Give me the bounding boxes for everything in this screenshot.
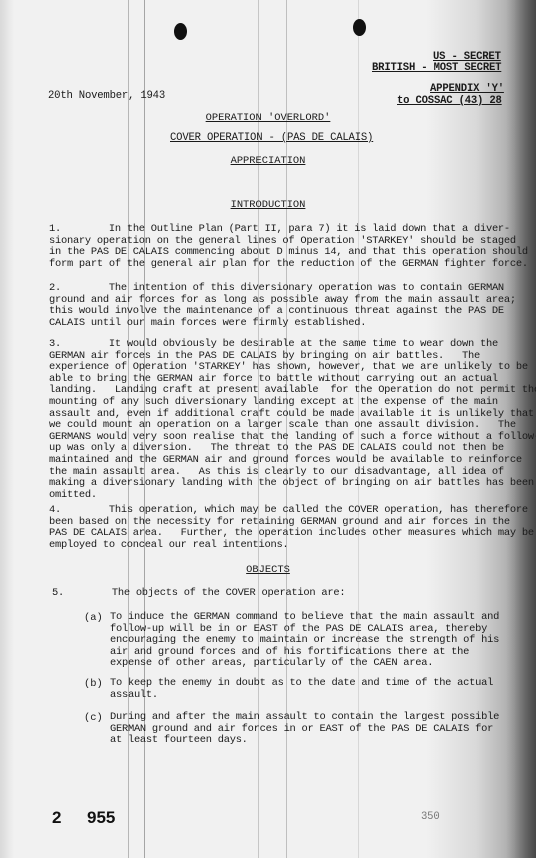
section-introduction: INTRODUCTION <box>0 199 536 211</box>
document-date: 20th November, 1943 <box>48 91 165 103</box>
paragraph-line: maintained and the GERMAN air and ground… <box>49 455 519 467</box>
paragraph-2: 2. The intention of this diversionary op… <box>49 283 519 329</box>
object-b-label: (b) <box>84 678 103 690</box>
object-line: at least fourteen days. <box>110 735 499 747</box>
object-a: To induce the GERMAN command to believe … <box>110 612 499 670</box>
paragraph-line: we could mount an operation on a larger … <box>49 420 519 432</box>
section-objects: OBJECTS <box>0 564 536 576</box>
paragraph-line: making a diversionary landing with the o… <box>49 478 519 490</box>
paragraph-line: 4. This operation, which may be called t… <box>49 505 519 517</box>
punch-hole <box>353 19 366 36</box>
paragraph-line: employed to conceal our real intentions. <box>49 540 519 552</box>
object-line: During and after the main assault to con… <box>110 712 499 724</box>
appreciation-heading: APPRECIATION <box>0 155 536 167</box>
classification-british: BRITISH - MOST SECRET <box>372 63 501 75</box>
paragraph-1: 1. In the Outline Plan (Part II, para 7)… <box>49 224 519 270</box>
paragraph-5: 5. The objects of the COVER operation ar… <box>52 588 522 600</box>
object-a-label: (a) <box>84 612 103 624</box>
punch-hole <box>174 23 187 40</box>
operation-title: OPERATION 'OVERLORD' <box>0 112 536 124</box>
object-line: expense of other areas, particularly of … <box>110 658 499 670</box>
paragraph-line: mounting of any such diversionary landin… <box>49 397 519 409</box>
cover-operation-title: COVER OPERATION - (PAS DE CALAIS) <box>170 133 373 145</box>
object-line: To keep the enemy in doubt as to the dat… <box>110 678 493 690</box>
paragraph-line: 3. It would obviously be desirable at th… <box>49 339 519 351</box>
paragraph-line: 2. The intention of this diversionary op… <box>49 283 519 295</box>
paragraph-4: 4. This operation, which may be called t… <box>49 505 519 551</box>
appendix-label: APPENDIX 'Y' <box>430 84 504 96</box>
archive-stamp-prefix: 2 <box>52 808 61 828</box>
reference-number: to COSSAC (43) 28 <box>397 96 502 108</box>
paragraph-line: form part of the general air plan for th… <box>49 259 519 271</box>
paragraph-3: 3. It would obviously be desirable at th… <box>49 339 519 501</box>
object-c-label: (c) <box>84 712 103 724</box>
object-b: To keep the enemy in doubt as to the dat… <box>110 678 493 701</box>
paragraph-line: 1. In the Outline Plan (Part II, para 7)… <box>49 224 519 236</box>
document-page: US - SECRET BRITISH - MOST SECRET APPEND… <box>0 0 536 858</box>
faint-page-number: 350 <box>421 812 439 824</box>
paragraph-line: CALAIS until our main forces were firmly… <box>49 318 519 330</box>
object-line: To induce the GERMAN command to believe … <box>110 612 499 624</box>
archive-stamp-number: 955 <box>87 808 115 828</box>
object-c: During and after the main assault to con… <box>110 712 499 747</box>
object-line: assault. <box>110 690 493 702</box>
paragraph-line: omitted. <box>49 490 519 502</box>
paragraph-line: 5. The objects of the COVER operation ar… <box>52 588 522 600</box>
